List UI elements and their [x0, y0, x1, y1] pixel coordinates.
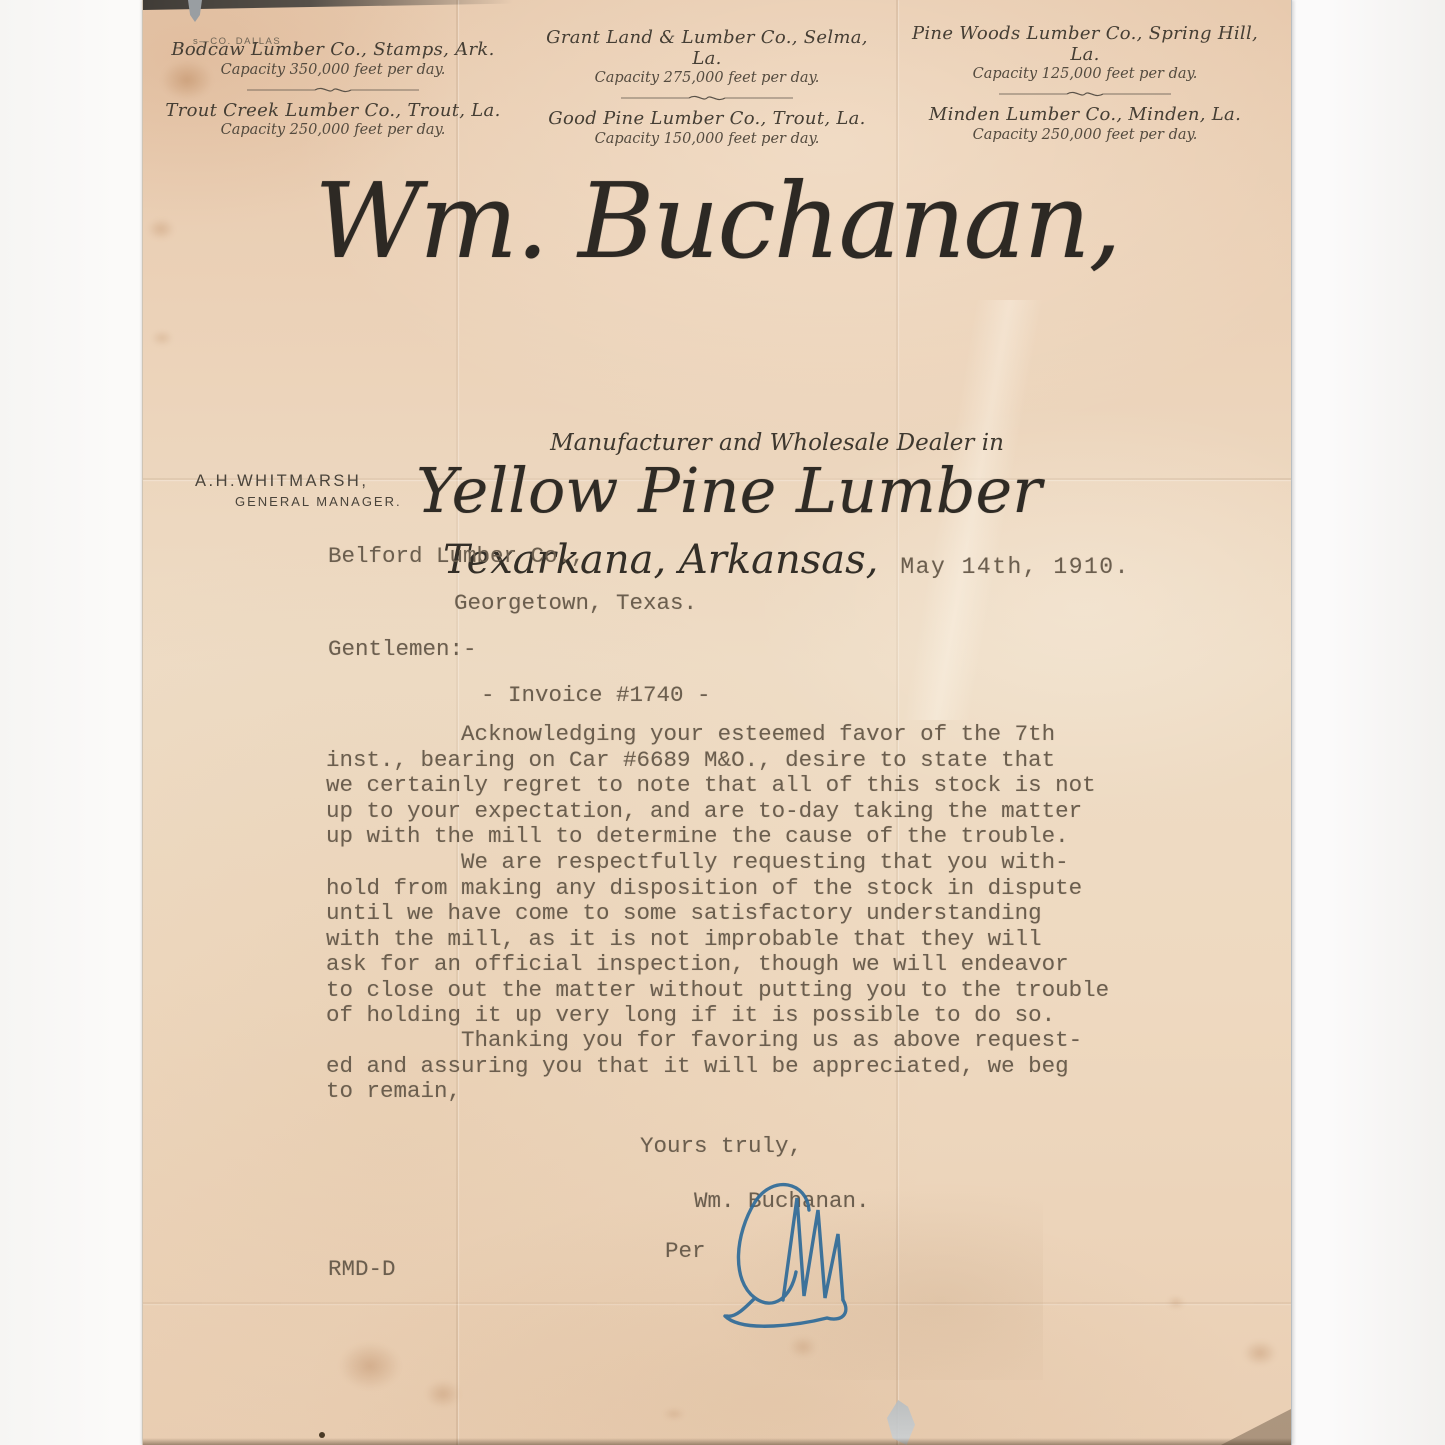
manager-title: GENERAL MANAGER. — [235, 494, 402, 509]
flourish-divider — [243, 85, 423, 95]
mill-listing-right: Pine Woods Lumber Co., Spring Hill, La. … — [905, 24, 1265, 143]
company-title: Wm. Buchanan, — [143, 146, 1291, 297]
stain — [339, 1342, 401, 1390]
mill-capacity: Capacity 275,000 feet per day. — [531, 70, 883, 86]
mill-capacity: Capacity 250,000 feet per day. — [157, 122, 509, 138]
stain — [151, 330, 173, 346]
flourish-divider — [995, 89, 1175, 99]
stain — [1167, 1296, 1185, 1309]
body-paragraph-1: Acknowledging your esteemed favor of the… — [326, 722, 1096, 850]
salutation-line: Gentlemen:- — [328, 636, 477, 662]
mill-name: Good Pine Lumber Co., Trout, La. — [531, 109, 883, 130]
manager-block: A.H.WHITMARSH, GENERAL MANAGER. — [195, 472, 402, 509]
mill-capacity: Capacity 125,000 feet per day. — [905, 66, 1265, 82]
mill-listing-left: Bodcaw Lumber Co., Stamps, Ark. Capacity… — [157, 40, 509, 138]
subject-line: - Invoice #1740 - — [481, 682, 711, 708]
stain — [1243, 1340, 1277, 1366]
stain — [663, 1408, 685, 1420]
mill-name: Trout Creek Lumber Co., Trout, La. — [157, 101, 509, 122]
typed-date: May 14th, 1910. — [900, 554, 1130, 580]
reference-initials: RMD-D — [328, 1256, 396, 1282]
stain — [789, 1336, 817, 1358]
flourish-divider — [617, 93, 797, 103]
mill-name: Bodcaw Lumber Co., Stamps, Ark. — [157, 40, 509, 61]
signature-scrawl — [691, 1168, 891, 1333]
stain — [425, 1380, 461, 1408]
closing-line: Yours truly, — [640, 1133, 802, 1159]
mill-capacity: Capacity 150,000 feet per day. — [531, 131, 883, 147]
scanned-letter-photo: s—CO. DALLAS Bodcaw Lumber Co., Stamps, … — [0, 0, 1445, 1445]
letter-paper: s—CO. DALLAS Bodcaw Lumber Co., Stamps, … — [142, 0, 1292, 1445]
bottom-edge-shadow — [143, 1438, 1291, 1445]
mill-capacity: Capacity 350,000 feet per day. — [157, 62, 509, 78]
mill-name: Grant Land & Lumber Co., Selma, La. — [531, 28, 883, 69]
mill-capacity: Capacity 250,000 feet per day. — [905, 127, 1265, 143]
mill-name: Pine Woods Lumber Co., Spring Hill, La. — [905, 24, 1265, 65]
tagline: Manufacturer and Wholesale Dealer in — [203, 430, 1351, 456]
body-paragraph-3: Thanking you for favoring us as above re… — [326, 1028, 1082, 1105]
paper-clip-mark — [188, 0, 202, 22]
recipient-line: Belford Lumber Co., — [328, 543, 585, 569]
mill-listing-center: Grant Land & Lumber Co., Selma, La. Capa… — [531, 28, 883, 147]
recipient-city-line: Georgetown, Texas. — [454, 590, 697, 616]
manager-name: A.H.WHITMARSH, — [195, 472, 402, 491]
mill-name: Minden Lumber Co., Minden, La. — [905, 105, 1265, 126]
body-paragraph-2: We are respectfully requesting that you … — [326, 850, 1109, 1029]
